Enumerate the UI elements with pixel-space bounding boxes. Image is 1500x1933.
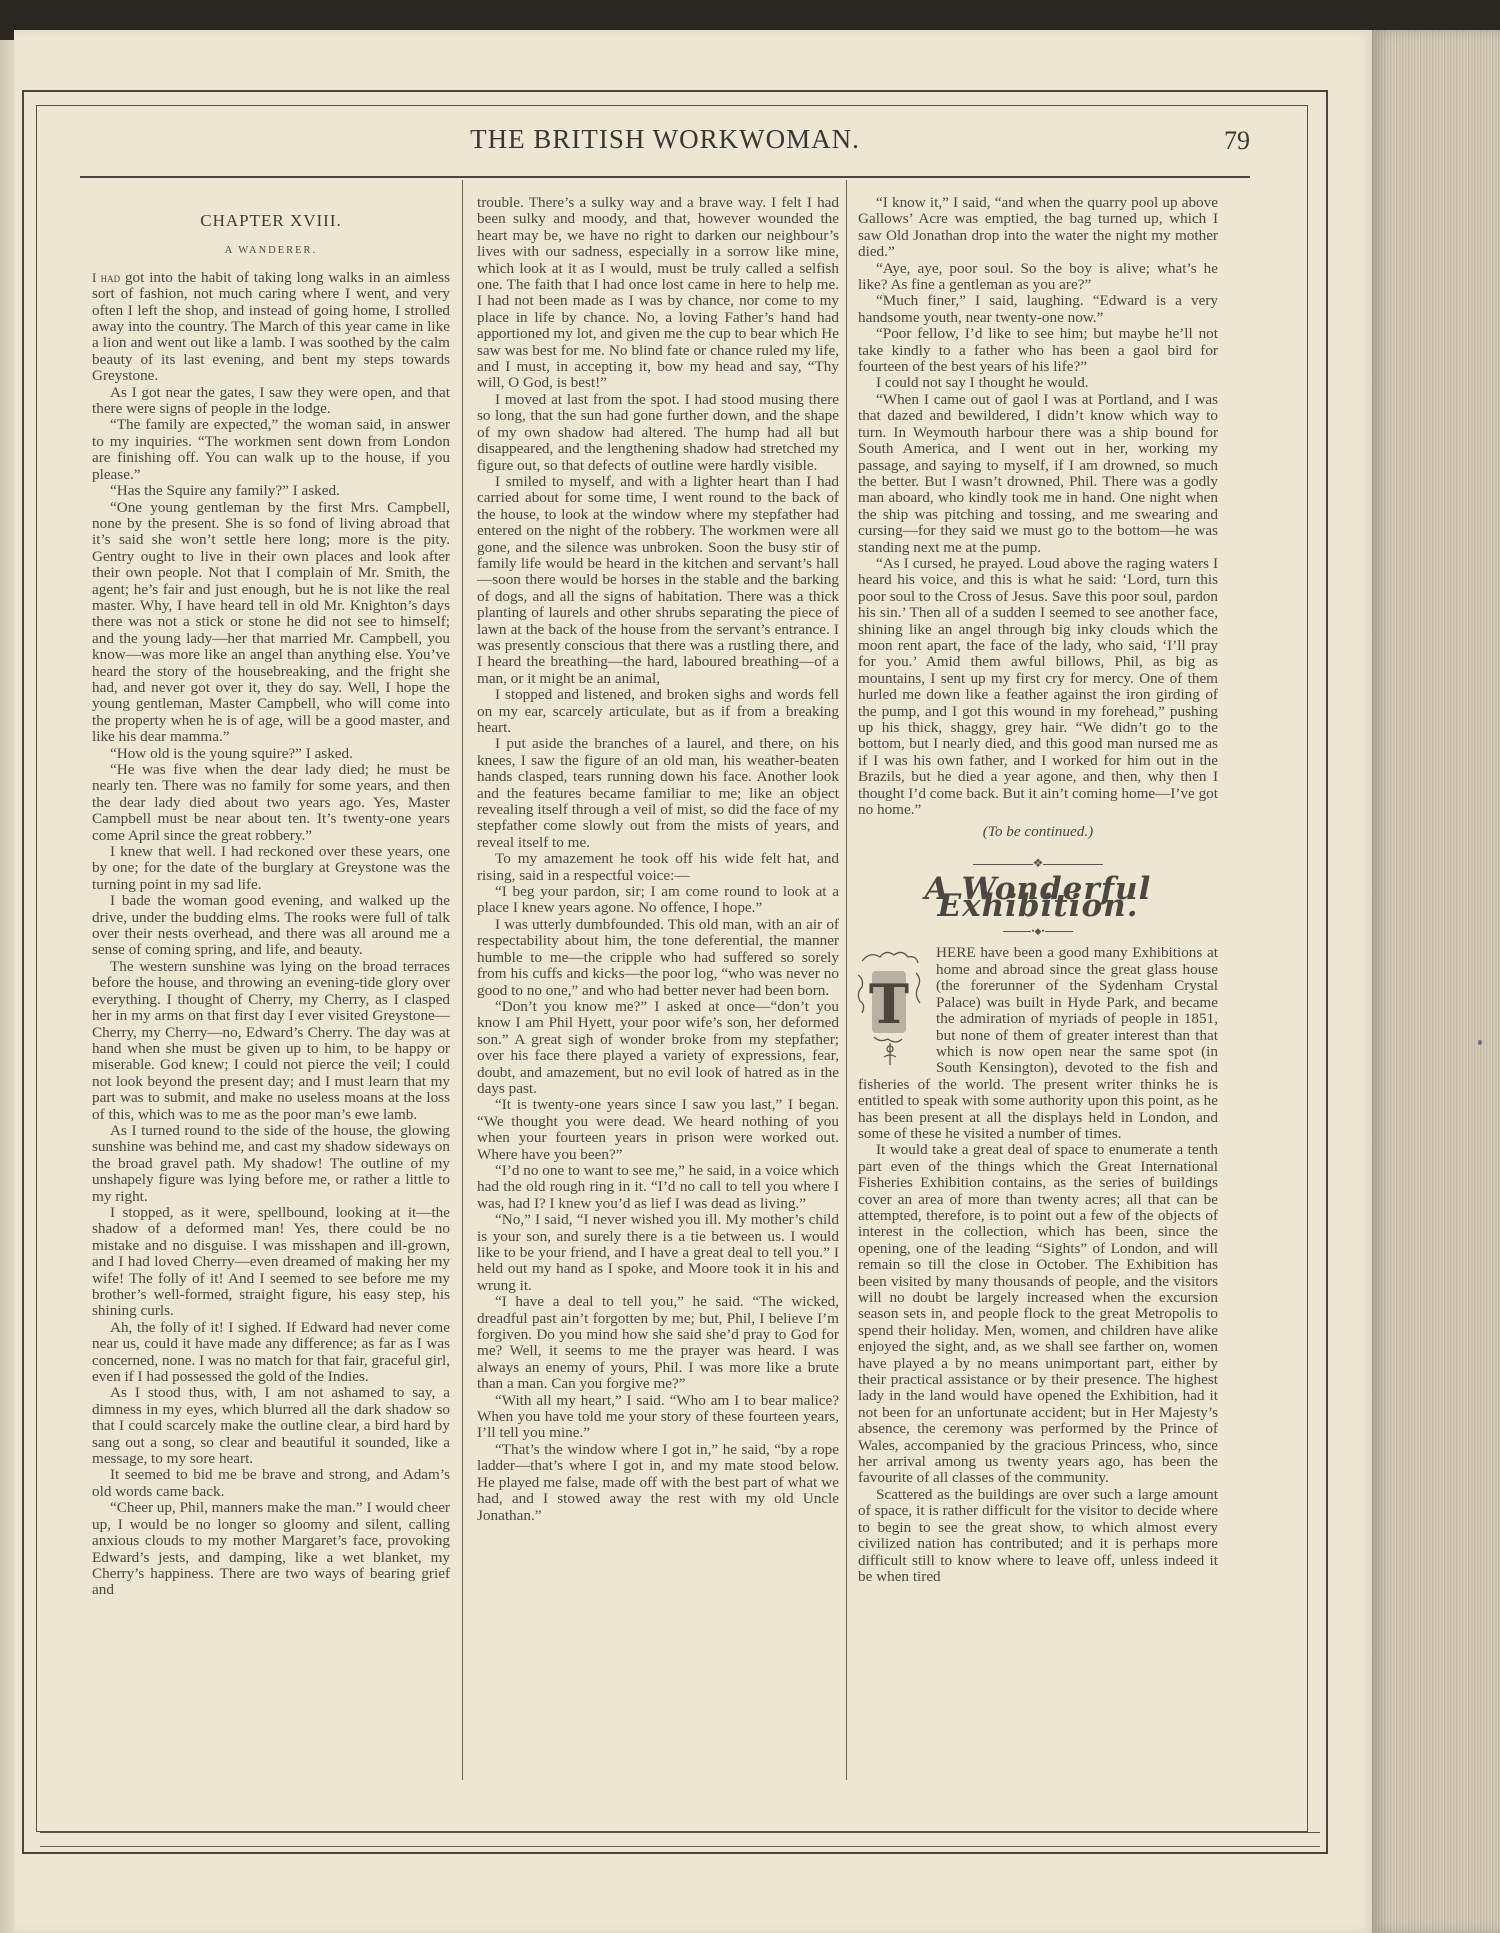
paragraph: “It is twenty-one years since I saw you …: [477, 1097, 839, 1163]
paragraph: “I beg your pardon, sir; I am come round…: [477, 884, 839, 917]
paragraph: As I got near the gates, I saw they were…: [92, 385, 450, 418]
paragraph: As I turned round to the side of the hou…: [92, 1123, 450, 1205]
paragraph: “The family are expected,” the woman sai…: [92, 417, 450, 483]
paragraph: “As I cursed, he prayed. Loud above the …: [858, 556, 1218, 819]
bottom-rule: [40, 1846, 1320, 1847]
page-number: 79: [1224, 126, 1250, 156]
opening-words: I had: [92, 270, 120, 285]
column-3: “I know it,” I said, “and when the quarr…: [858, 195, 1218, 1585]
paragraph: “That’s the window where I got in,” he s…: [477, 1442, 839, 1524]
paragraph: I knew that well. I had reckoned over th…: [92, 844, 450, 893]
article-title: A Wonderful Exhibition.: [858, 881, 1218, 914]
paragraph: I moved at last from the spot. I had sto…: [477, 392, 839, 474]
paragraph: To my amazement he took off his wide fel…: [477, 851, 839, 884]
paragraph: “He was five when the dear lady died; he…: [92, 762, 450, 844]
paper-blemish: [1478, 1040, 1482, 1045]
column-divider: [462, 180, 463, 1780]
paragraph: “Poor fellow, I’d like to see him; but m…: [858, 326, 1218, 375]
chapter-subtitle: A WANDERER.: [92, 243, 450, 259]
article-body: T HERE have been a good many Exhibitions…: [858, 945, 1218, 1585]
header-rule: [80, 176, 1250, 178]
paragraph: I put aside the branches of a laurel, an…: [477, 736, 839, 851]
paragraph: I stopped, as it were, spellbound, looki…: [92, 1205, 450, 1320]
paragraph: “Cheer up, Phil, manners make the man.” …: [92, 1500, 450, 1598]
paragraph: “How old is the young squire?” I asked.: [92, 746, 450, 762]
paragraph: I smiled to myself, and with a lighter h…: [477, 474, 839, 687]
publication-title: THE BRITISH WORKWOMAN.: [80, 124, 1250, 155]
paragraph: “Don’t you know me?” I asked at once—“do…: [477, 999, 839, 1097]
paragraph: “I know it,” I said, “and when the quarr…: [858, 195, 1218, 261]
paragraph: trouble. There’s a sulky way and a brave…: [477, 195, 839, 392]
paragraph: As I stood thus, with, I am not ashamed …: [92, 1385, 450, 1467]
page-stack-edge: [1372, 30, 1500, 1933]
paragraph: “One young gentleman by the first Mrs. C…: [92, 500, 450, 746]
paragraph: “I have a deal to tell you,” he said. “T…: [477, 1294, 839, 1392]
small-divider-ornament-icon: •◆•: [858, 922, 1218, 939]
paragraph: “When I came out of gaol I was at Portla…: [858, 392, 1218, 556]
bottom-rule: [40, 1832, 1320, 1833]
column-divider: [846, 180, 847, 1780]
divider-ornament-icon: ❖: [858, 855, 1218, 871]
svg-text:T: T: [869, 972, 909, 1036]
column-1: CHAPTER XVIII. A WANDERER. I had got int…: [92, 205, 450, 1599]
paragraph: I bade the woman good evening, and walke…: [92, 893, 450, 959]
paragraph: “With all my heart,” I said. “Who am I t…: [477, 1393, 839, 1442]
paragraph: It seemed to bid me be brave and strong,…: [92, 1467, 450, 1500]
paragraph: Scattered as the buildings are over such…: [858, 1487, 1218, 1585]
to-be-continued: (To be continued.): [858, 824, 1218, 840]
paragraph: “I’d no one to want to see me,” he said,…: [477, 1163, 839, 1212]
paragraph: “Has the Squire any family?” I asked.: [92, 483, 450, 499]
running-head: THE BRITISH WORKWOMAN. 79: [80, 124, 1250, 164]
paragraph: The western sunshine was lying on the br…: [92, 959, 450, 1123]
column-2: trouble. There’s a sulky way and a brave…: [477, 195, 839, 1524]
paragraph: I was utterly dumbfounded. This old man,…: [477, 917, 839, 999]
paragraph: “No,” I said, “I never wished you ill. M…: [477, 1212, 839, 1294]
paragraph: I could not say I thought he would.: [858, 375, 1218, 391]
paragraph: “Aye, aye, poor soul. So the boy is aliv…: [858, 261, 1218, 294]
paragraph: “Much finer,” I said, laughing. “Edward …: [858, 293, 1218, 326]
paragraph: It would take a great deal of space to e…: [858, 1142, 1218, 1487]
paragraph: Ah, the folly of it! I sighed. If Edward…: [92, 1320, 450, 1386]
paragraph: I stopped and listened, and broken sighs…: [477, 687, 839, 736]
chapter-heading: CHAPTER XVIII.: [92, 213, 450, 229]
paragraph: I had got into the habit of taking long …: [92, 270, 450, 385]
decorated-initial-icon: T: [854, 945, 926, 1069]
